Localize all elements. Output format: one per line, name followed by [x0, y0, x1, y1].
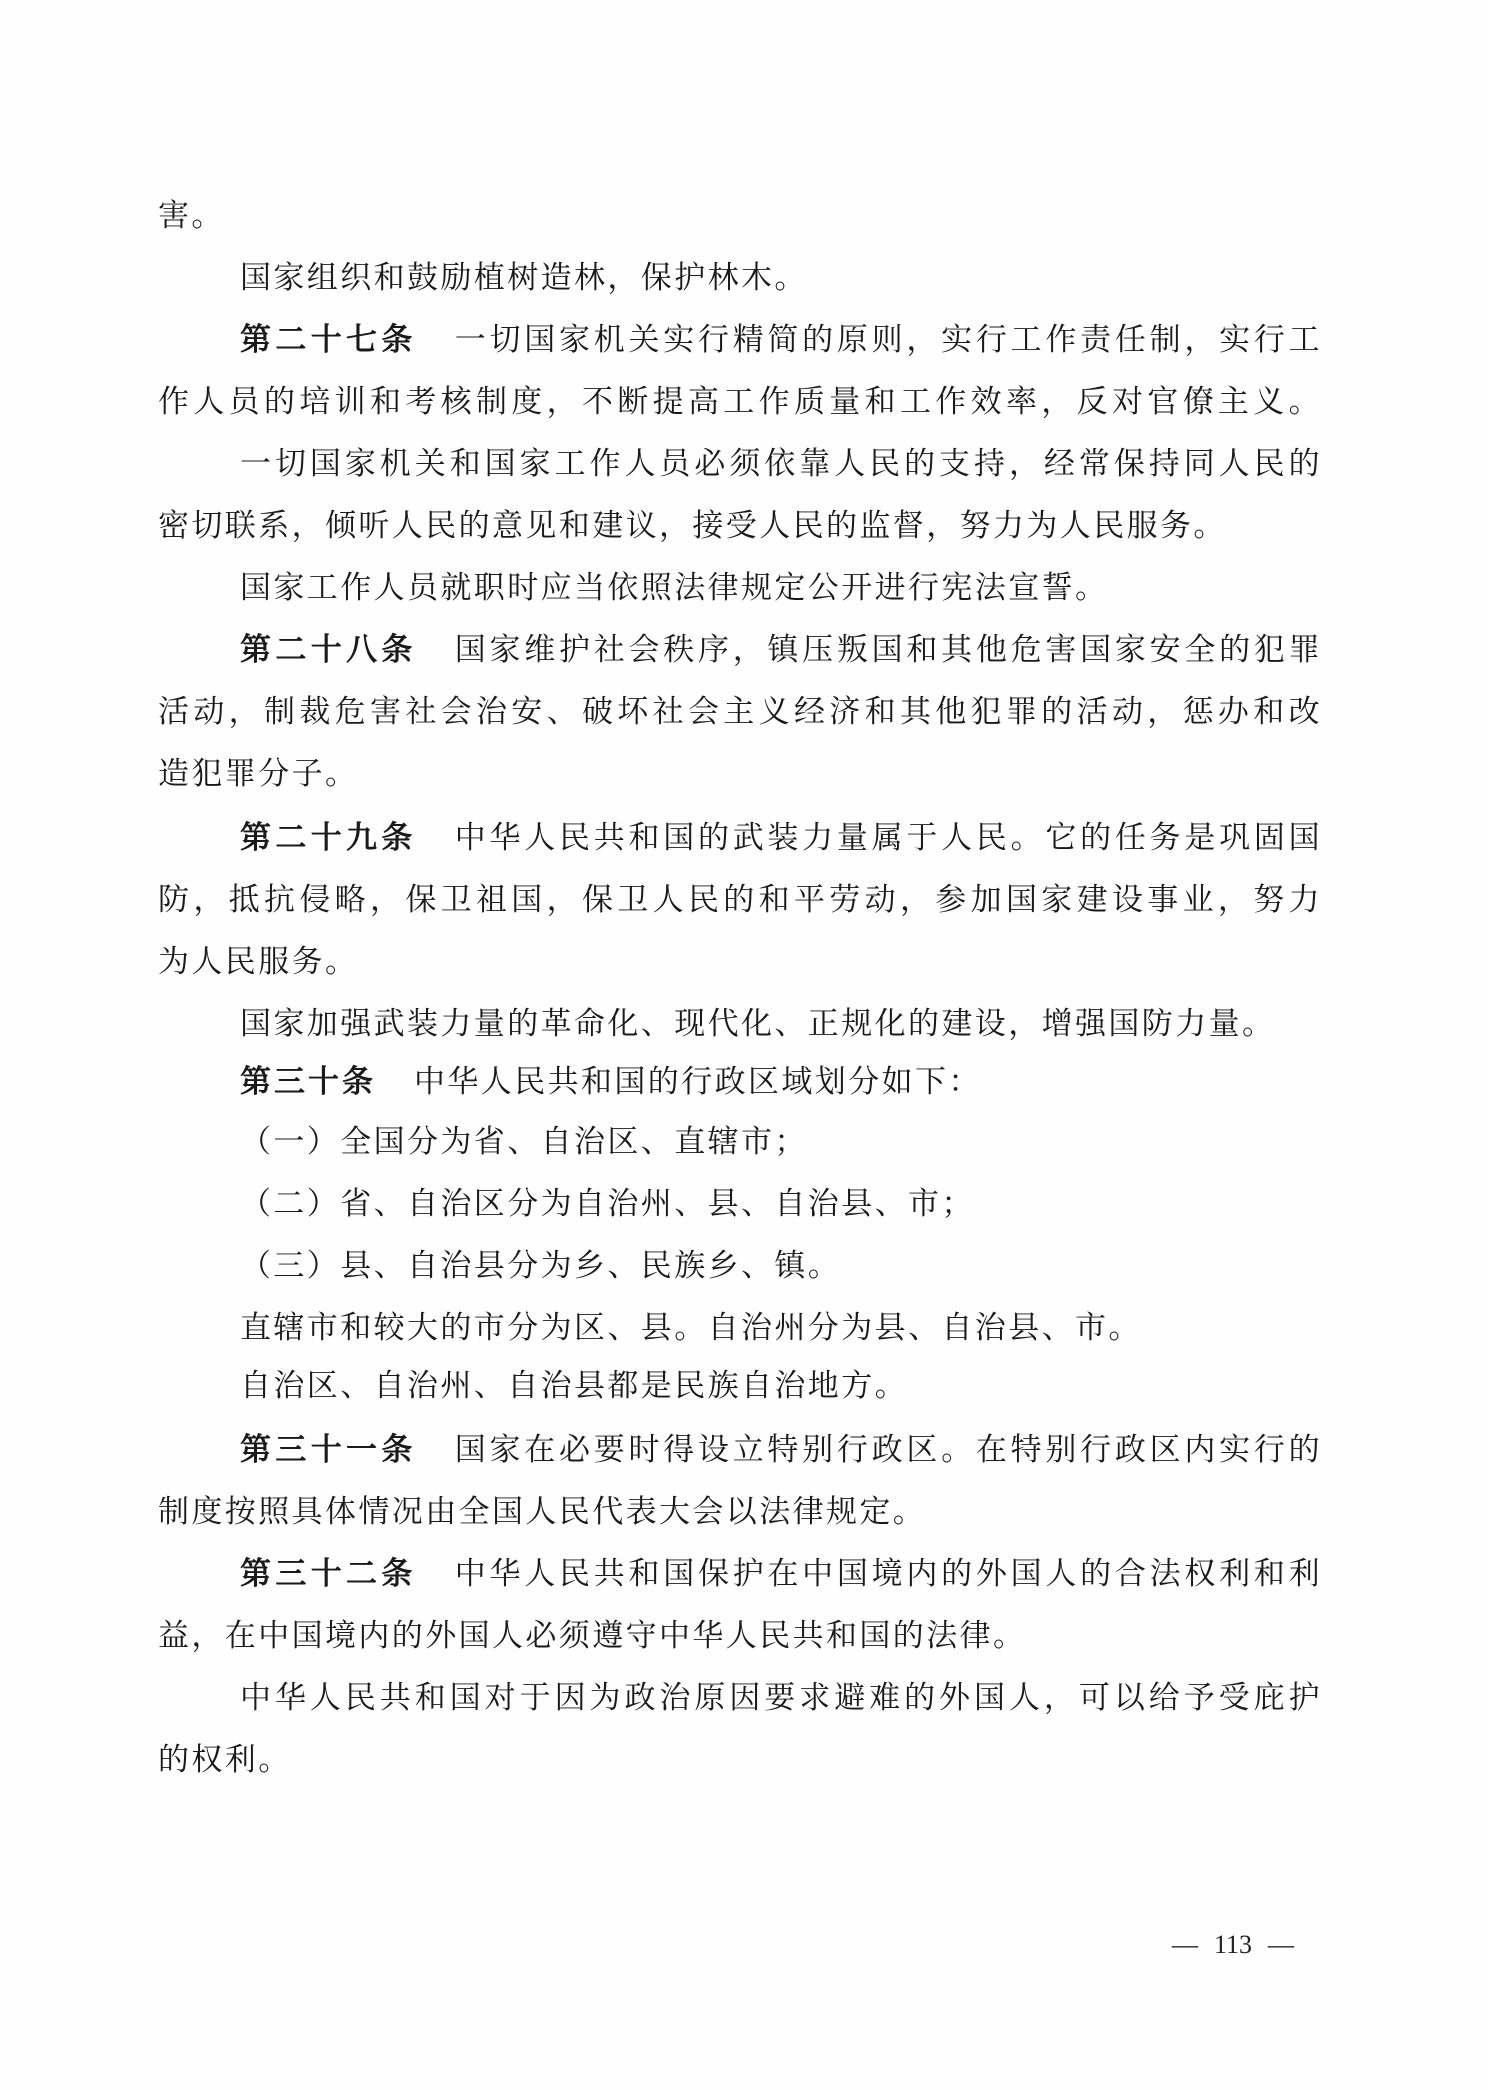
document-page: 害。国家组织和鼓励植树造林，保护林木。第二十七条一切国家机关实行精简的原则，实行…	[0, 0, 1488, 2090]
text-line: 密切联系，倾听人民的意见和建议，接受人民的监督，努力为人民服务。	[158, 504, 1322, 548]
text-line: 国家工作人员就职时应当依照法律规定公开进行宪法宣誓。	[240, 566, 1322, 610]
text-line: 制度按照具体情况由全国人民代表大会以法律规定。	[158, 1490, 1322, 1534]
text-line: 活动，制裁危害社会治安、破坏社会主义经济和其他犯罪的活动，惩办和改	[158, 690, 1322, 734]
article-heading-line: 第二十七条一切国家机关实行精简的原则，实行工作责任制，实行工	[240, 318, 1322, 362]
line-text: 为人民服务。	[158, 944, 358, 980]
line-text: 防，抵抗侵略，保卫祖国，保卫人民的和平劳动，参加国家建设事业，努力	[158, 882, 1322, 918]
article-number: 第二十七条	[240, 322, 417, 358]
article-number: 第三十二条	[240, 1556, 417, 1592]
line-text: 中华人民共和国保护在中国境内的外国人的合法权利和利	[455, 1556, 1322, 1592]
text-line: （一）全国分为省、自治区、直辖市；	[240, 1120, 1322, 1164]
line-text: 自治区、自治州、自治县都是民族自治地方。	[240, 1368, 908, 1404]
article-heading-line: 第二十八条国家维护社会秩序，镇压叛国和其他危害国家安全的犯罪	[240, 628, 1322, 672]
article-number: 第三十条	[240, 1064, 376, 1100]
line-text: 中华人民共和国的行政区域划分如下：	[414, 1064, 982, 1100]
article-heading-line: 第三十条中华人民共和国的行政区域划分如下：	[240, 1060, 1322, 1104]
text-line: 造犯罪分子。	[158, 752, 1322, 796]
line-text: 国家加强武装力量的革命化、现代化、正规化的建设，增强国防力量。	[240, 1006, 1275, 1042]
text-line: 为人民服务。	[158, 940, 1322, 984]
article-heading-line: 第二十九条中华人民共和国的武装力量属于人民。它的任务是巩固国	[240, 816, 1322, 860]
text-line: 益，在中国境内的外国人必须遵守中华人民共和国的法律。	[158, 1614, 1322, 1658]
line-text: 中华人民共和国对于因为政治原因要求避难的外国人，可以给予受庇护	[240, 1680, 1322, 1716]
text-line: 的权利。	[158, 1738, 1322, 1782]
page-number: 113	[1214, 1930, 1252, 1959]
line-text: 国家组织和鼓励植树造林，保护林木。	[240, 260, 808, 296]
line-text: 国家工作人员就职时应当依照法律规定公开进行宪法宣誓。	[240, 570, 1108, 606]
line-text: 国家维护社会秩序，镇压叛国和其他危害国家安全的犯罪	[455, 632, 1322, 668]
text-line: 国家加强武装力量的革命化、现代化、正规化的建设，增强国防力量。	[240, 1002, 1322, 1046]
article-heading-line: 第三十二条中华人民共和国保护在中国境内的外国人的合法权利和利	[240, 1552, 1322, 1596]
article-number: 第二十八条	[240, 632, 417, 668]
line-text: 的权利。	[158, 1742, 292, 1778]
text-line: 国家组织和鼓励植树造林，保护林木。	[240, 256, 1322, 300]
line-text: 国家在必要时得设立特别行政区。在特别行政区内实行的	[455, 1432, 1322, 1468]
line-text: 活动，制裁危害社会治安、破坏社会主义经济和其他犯罪的活动，惩办和改	[158, 694, 1322, 730]
text-line: 直辖市和较大的市分为区、县。自治州分为县、自治县、市。	[240, 1306, 1322, 1350]
text-line: 防，抵抗侵略，保卫祖国，保卫人民的和平劳动，参加国家建设事业，努力	[158, 878, 1322, 922]
text-line: 一切国家机关和国家工作人员必须依靠人民的支持，经常保持同人民的	[240, 442, 1322, 486]
line-text: 益，在中国境内的外国人必须遵守中华人民共和国的法律。	[158, 1618, 1026, 1654]
line-text: （二）省、自治区分为自治州、县、自治县、市；	[240, 1186, 975, 1222]
page-number-dash-left: —	[1172, 1930, 1198, 1960]
line-text: 中华人民共和国的武装力量属于人民。它的任务是巩固国	[455, 820, 1322, 856]
text-line: （三）县、自治县分为乡、民族乡、镇。	[240, 1244, 1322, 1288]
article-number: 第三十一条	[240, 1432, 417, 1468]
text-line: （二）省、自治区分为自治州、县、自治县、市；	[240, 1182, 1322, 1226]
text-line: 害。	[158, 194, 1322, 238]
line-text: 造犯罪分子。	[158, 756, 358, 792]
text-line: 作人员的培训和考核制度，不断提高工作质量和工作效率，反对官僚主义。	[158, 380, 1322, 424]
page-number-dash-right: —	[1268, 1930, 1294, 1960]
article-heading-line: 第三十一条国家在必要时得设立特别行政区。在特别行政区内实行的	[240, 1428, 1322, 1472]
line-text: 害。	[158, 198, 225, 234]
text-line: 自治区、自治州、自治县都是民族自治地方。	[240, 1364, 1322, 1408]
line-text: 一切国家机关实行精简的原则，实行工作责任制，实行工	[455, 322, 1322, 358]
line-text: 密切联系，倾听人民的意见和建议，接受人民的监督，努力为人民服务。	[158, 508, 1227, 544]
line-text: 作人员的培训和考核制度，不断提高工作质量和工作效率，反对官僚主义。	[158, 384, 1322, 420]
line-text: （三）县、自治县分为乡、民族乡、镇。	[240, 1248, 841, 1284]
line-text: 一切国家机关和国家工作人员必须依靠人民的支持，经常保持同人民的	[240, 446, 1322, 482]
line-text: 直辖市和较大的市分为区、县。自治州分为县、自治县、市。	[240, 1310, 1142, 1346]
line-text: （一）全国分为省、自治区、直辖市；	[240, 1124, 808, 1160]
page-number-footer: —113—	[1172, 1930, 1294, 1960]
line-text: 制度按照具体情况由全国人民代表大会以法律规定。	[158, 1494, 926, 1530]
article-number: 第二十九条	[240, 820, 417, 856]
text-line: 中华人民共和国对于因为政治原因要求避难的外国人，可以给予受庇护	[240, 1676, 1322, 1720]
